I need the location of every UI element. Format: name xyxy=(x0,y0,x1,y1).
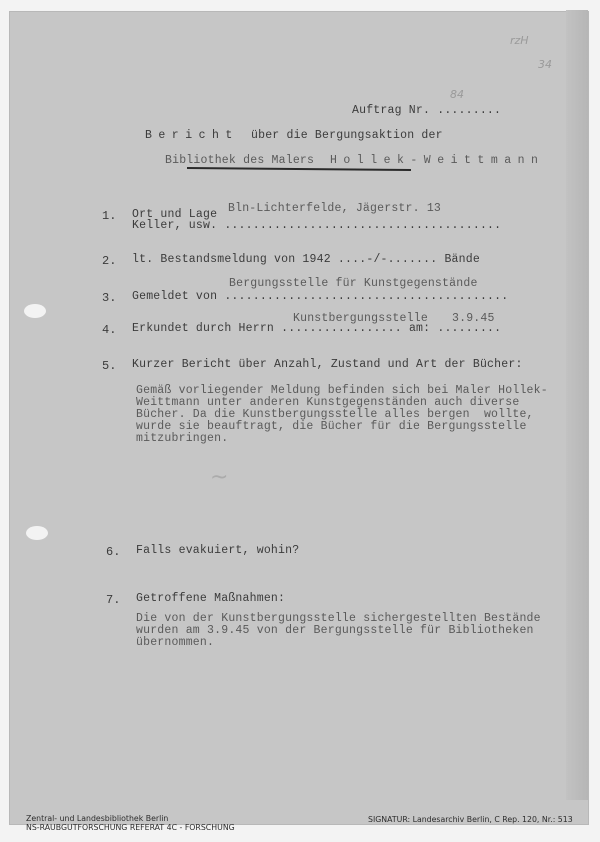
title-bericht: Bericht xyxy=(145,129,239,142)
footer-institution: Zentral- und Landesbibliothek Berlin xyxy=(26,814,168,823)
item-7-body-line: übernommen. xyxy=(136,636,214,649)
pencil-note-top: rzH xyxy=(510,34,529,47)
item-5-number: 5. xyxy=(102,359,116,373)
title-painter-name: Hollek-Weittmann xyxy=(330,154,544,167)
item-4-number: 4. xyxy=(102,323,116,337)
item-4-label: Erkundet durch Herrn ................. a… xyxy=(132,322,501,335)
item-3-label: Gemeldet von ...........................… xyxy=(132,290,508,303)
item-7-label: Getroffene Maßnahmen: xyxy=(136,592,285,605)
order-number-label: Auftrag Nr. ......... xyxy=(352,104,501,117)
item-1-number: 1. xyxy=(102,209,116,223)
item-1-value: Bln-Lichterfelde, Jägerstr. 13 xyxy=(228,202,441,215)
item-5-body-line: mitzubringen. xyxy=(136,432,228,445)
punch-hole-bottom xyxy=(26,526,48,540)
faded-stamp-mark: ~ xyxy=(210,465,290,505)
item-7-number: 7. xyxy=(106,593,120,607)
item-3-value: Bergungsstelle für Kunstgegenstände xyxy=(229,277,478,290)
item-6-label: Falls evakuiert, wohin? xyxy=(136,544,299,557)
item-2-label: lt. Bestandsmeldung von 1942 ....-/-....… xyxy=(132,253,480,266)
footer-signature: SIGNATUR: Landesarchiv Berlin, C Rep. 12… xyxy=(368,815,573,824)
pencil-folio-number: 34 xyxy=(538,58,552,71)
punch-hole-top xyxy=(24,304,46,318)
item-5-label: Kurzer Bericht über Anzahl, Zustand und … xyxy=(132,358,523,371)
item-3-number: 3. xyxy=(102,291,116,305)
pencil-order-number: 84 xyxy=(450,88,464,101)
item-1-label-line2: Keller, usw. ...........................… xyxy=(132,219,501,232)
title-line1-rest: über die Bergungsaktion der xyxy=(251,129,443,142)
footer-department: NS-RAUBGUTFORSCHUNG REFERAT 4C - FORSCHU… xyxy=(26,823,235,832)
page-edge xyxy=(566,10,588,800)
item-6-number: 6. xyxy=(106,545,120,559)
item-2-number: 2. xyxy=(102,254,116,268)
title-line2-prefix: Bibliothek des Malers xyxy=(165,154,314,167)
